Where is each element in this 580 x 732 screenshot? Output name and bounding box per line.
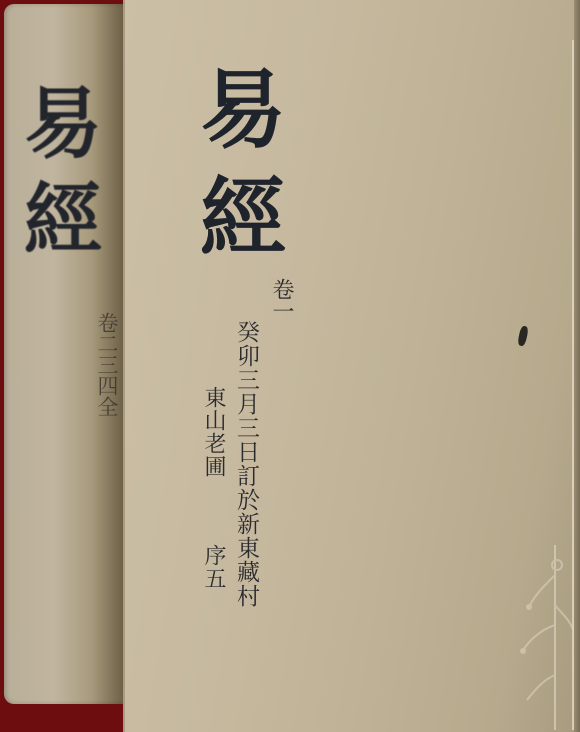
author-inscription: 東山老圃 xyxy=(195,386,225,478)
front-book-title: 易經 xyxy=(180,64,290,280)
back-book-title: 易經 xyxy=(32,82,112,274)
front-book-volume-label: 卷一 xyxy=(263,278,297,322)
binding-date-inscription: 癸卯三月三日訂於新東藏村 xyxy=(225,320,259,608)
red-cloth-background: 易經 卷二三四全 易經 卷一 癸卯三月三日訂於新東藏村 東山老圃 序五 xyxy=(0,0,580,732)
preface-inscription: 序五 xyxy=(195,544,225,590)
back-book-volume-label: 卷二三四全 xyxy=(88,312,118,417)
floral-ornament-icon xyxy=(515,545,575,730)
back-book-cover: 易經 卷二三四全 xyxy=(4,4,129,704)
front-book-cover: 易經 卷一 癸卯三月三日訂於新東藏村 東山老圃 序五 xyxy=(123,0,580,732)
ink-blot xyxy=(517,325,529,346)
